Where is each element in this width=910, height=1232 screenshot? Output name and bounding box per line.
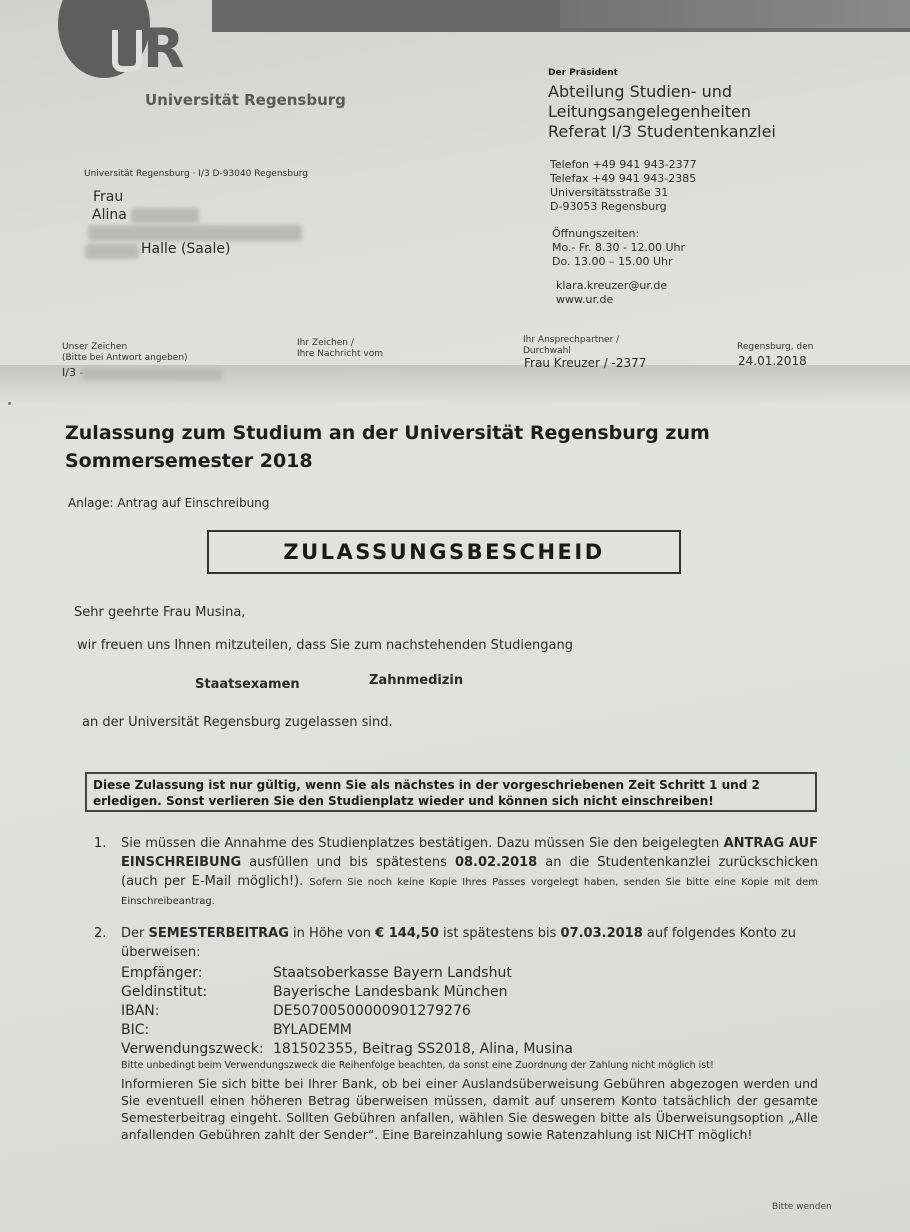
hours-label: Öffnungszeiten:: [552, 227, 685, 241]
sender-role: Der Präsident: [548, 68, 618, 78]
background-surface-right: [560, 0, 910, 28]
subject-line-1: Zulassung zum Studium an der Universität…: [65, 419, 710, 447]
contact-label-1: Ihr Ansprechpartner /: [523, 335, 619, 346]
our-reference-value: I/3 -: [62, 366, 83, 379]
step-2: 2. Der SEMESTERBEITRAG in Höhe von € 144…: [94, 924, 818, 1143]
university-name: Universität Regensburg: [145, 91, 346, 109]
bank-row: IBAN:DE50700500000901279276: [121, 1002, 573, 1021]
email-link[interactable]: klara.kreuzer@ur.de: [556, 279, 667, 293]
step-2-content: Der SEMESTERBEITRAG in Höhe von € 144,50…: [121, 924, 818, 1143]
validity-warning-box: Diese Zulassung ist nur gültig, wenn Sie…: [85, 772, 817, 812]
recipient-city: Halle (Saale): [141, 240, 230, 258]
bank-label: Geldinstitut:: [121, 983, 273, 1002]
recipient-first-name: Alina: [92, 206, 127, 224]
sender-department: Abteilung Studien- und Leitungsangelegen…: [548, 82, 776, 142]
street: Universitätsstraße 31: [550, 186, 697, 200]
bank-label: Verwendungszweck:: [121, 1040, 273, 1059]
university-logo-r: R: [143, 22, 185, 76]
bank-label: IBAN:: [121, 1002, 273, 1021]
step-1-text: ausfüllen und bis spätestens: [241, 855, 455, 870]
city: D-93053 Regensburg: [550, 200, 697, 214]
bank-label: BIC:: [121, 1021, 273, 1040]
degree-type: Staatsexamen: [195, 677, 300, 692]
step-1-number: 1.: [94, 834, 106, 853]
bank-label: Empfänger:: [121, 964, 273, 983]
bank-row: Verwendungszweck:181502355, Beitrag SS20…: [121, 1040, 573, 1059]
please-turn-over: Bitte wenden: [772, 1202, 832, 1212]
intro-text: wir freuen uns Ihnen mitzuteilen, dass S…: [77, 638, 573, 653]
step-1-content: Sie müssen die Annahme des Studienplatze…: [121, 834, 818, 910]
our-ref-label-2: (Bitte bei Antwort angeben): [62, 353, 188, 364]
bank-row: BIC:BYLADEMM: [121, 1021, 573, 1040]
university-logo-u-icon: [112, 30, 142, 72]
your-ref-label-1: Ihr Zeichen /: [297, 338, 383, 349]
step-2-text: Der: [121, 926, 149, 941]
hours-weekdays: Mo.- Fr. 8.30 - 12.00 Uhr: [552, 241, 685, 255]
semester-fee-amount: € 144,50: [375, 926, 439, 941]
redacted-reference: [82, 368, 222, 380]
recipient-salutation: Frau: [93, 188, 123, 206]
paper-speck: [8, 402, 11, 405]
contact-person-label: Ihr Ansprechpartner / Durchwahl: [523, 335, 619, 357]
bank-details-table: Empfänger:Staatsoberkasse Bayern Landshu…: [121, 964, 573, 1059]
department-line: Leitungsangelegenheiten: [548, 102, 776, 122]
admission-notice-heading-box: ZULASSUNGSBESCHEID: [207, 530, 681, 574]
bank-value: Staatsoberkasse Bayern Landshut: [273, 964, 573, 983]
letter-subject: Zulassung zum Studium an der Universität…: [65, 419, 710, 475]
department-line: Referat I/3 Studentenkanzlei: [548, 122, 776, 142]
payment-deadline: 07.03.2018: [561, 926, 643, 941]
our-ref-label-1: Unser Zeichen: [62, 342, 188, 353]
admission-notice-heading: ZULASSUNGSBESCHEID: [283, 540, 604, 564]
enrollment-deadline: 08.02.2018: [455, 855, 537, 870]
enclosure-note: Anlage: Antrag auf Einschreibung: [68, 496, 269, 510]
bank-value: 181502355, Beitrag SS2018, Alina, Musina: [273, 1040, 573, 1059]
bank-value: DE50700500000901279276: [273, 1002, 573, 1021]
bank-value: BYLADEMM: [273, 1021, 573, 1040]
contact-person-value: Frau Kreuzer / -2377: [524, 356, 646, 370]
redacted-surname: [131, 208, 199, 223]
opening-hours: Öffnungszeiten: Mo.- Fr. 8.30 - 12.00 Uh…: [552, 227, 685, 269]
step-1: 1. Sie müssen die Annahme des Studienpla…: [94, 834, 818, 910]
redacted-street: [88, 225, 302, 241]
hours-thursday: Do. 13.00 – 15.00 Uhr: [552, 255, 685, 269]
step-2-number: 2.: [94, 924, 106, 943]
web-contact: klara.kreuzer@ur.de www.ur.de: [556, 279, 667, 307]
telefax: Telefax +49 941 943-2385: [550, 172, 697, 186]
step-1-text: Sie müssen die Annahme des Studienplatze…: [121, 836, 724, 851]
telefon: Telefon +49 941 943-2377: [550, 158, 697, 172]
bank-value: Bayerische Landesbank München: [273, 983, 573, 1002]
bank-row: Geldinstitut:Bayerische Landesbank Münch…: [121, 983, 573, 1002]
sender-contact: Telefon +49 941 943-2377 Telefax +49 941…: [550, 158, 697, 214]
step-2-text: ist spätestens bis: [439, 926, 561, 941]
your-ref-label-2: Ihre Nachricht vom: [297, 349, 383, 360]
step-2-text: in Höhe von: [289, 926, 375, 941]
website-link[interactable]: www.ur.de: [556, 293, 667, 307]
admitted-text: an der Universität Regensburg zugelassen…: [82, 715, 393, 730]
redacted-postcode: [85, 244, 139, 259]
semester-fee-label: SEMESTERBEITRAG: [149, 926, 289, 941]
return-address: Universität Regensburg · I/3 D-93040 Reg…: [84, 169, 308, 179]
greeting: Sehr geehrte Frau Musina,: [74, 605, 245, 620]
date-value: 24.01.2018: [738, 354, 807, 368]
letter-page: R Universität Regensburg Universität Reg…: [0, 0, 910, 1232]
bank-row: Empfänger:Staatsoberkasse Bayern Landshu…: [121, 964, 573, 983]
validity-warning: Diese Zulassung ist nur gültig, wenn Sie…: [93, 778, 760, 808]
study-program: Zahnmedizin: [369, 673, 463, 688]
subject-line-2: Sommersemester 2018: [65, 447, 710, 475]
our-reference-label: Unser Zeichen (Bitte bei Antwort angeben…: [62, 342, 188, 364]
reference-order-note: Bitte unbedingt beim Verwendungszweck di…: [121, 1059, 818, 1072]
department-line: Abteilung Studien- und: [548, 82, 776, 102]
date-label: Regensburg, den: [737, 342, 813, 353]
your-reference-label: Ihr Zeichen / Ihre Nachricht vom: [297, 338, 383, 360]
bank-fee-info: Informieren Sie sich bitte bei Ihrer Ban…: [121, 1075, 818, 1143]
